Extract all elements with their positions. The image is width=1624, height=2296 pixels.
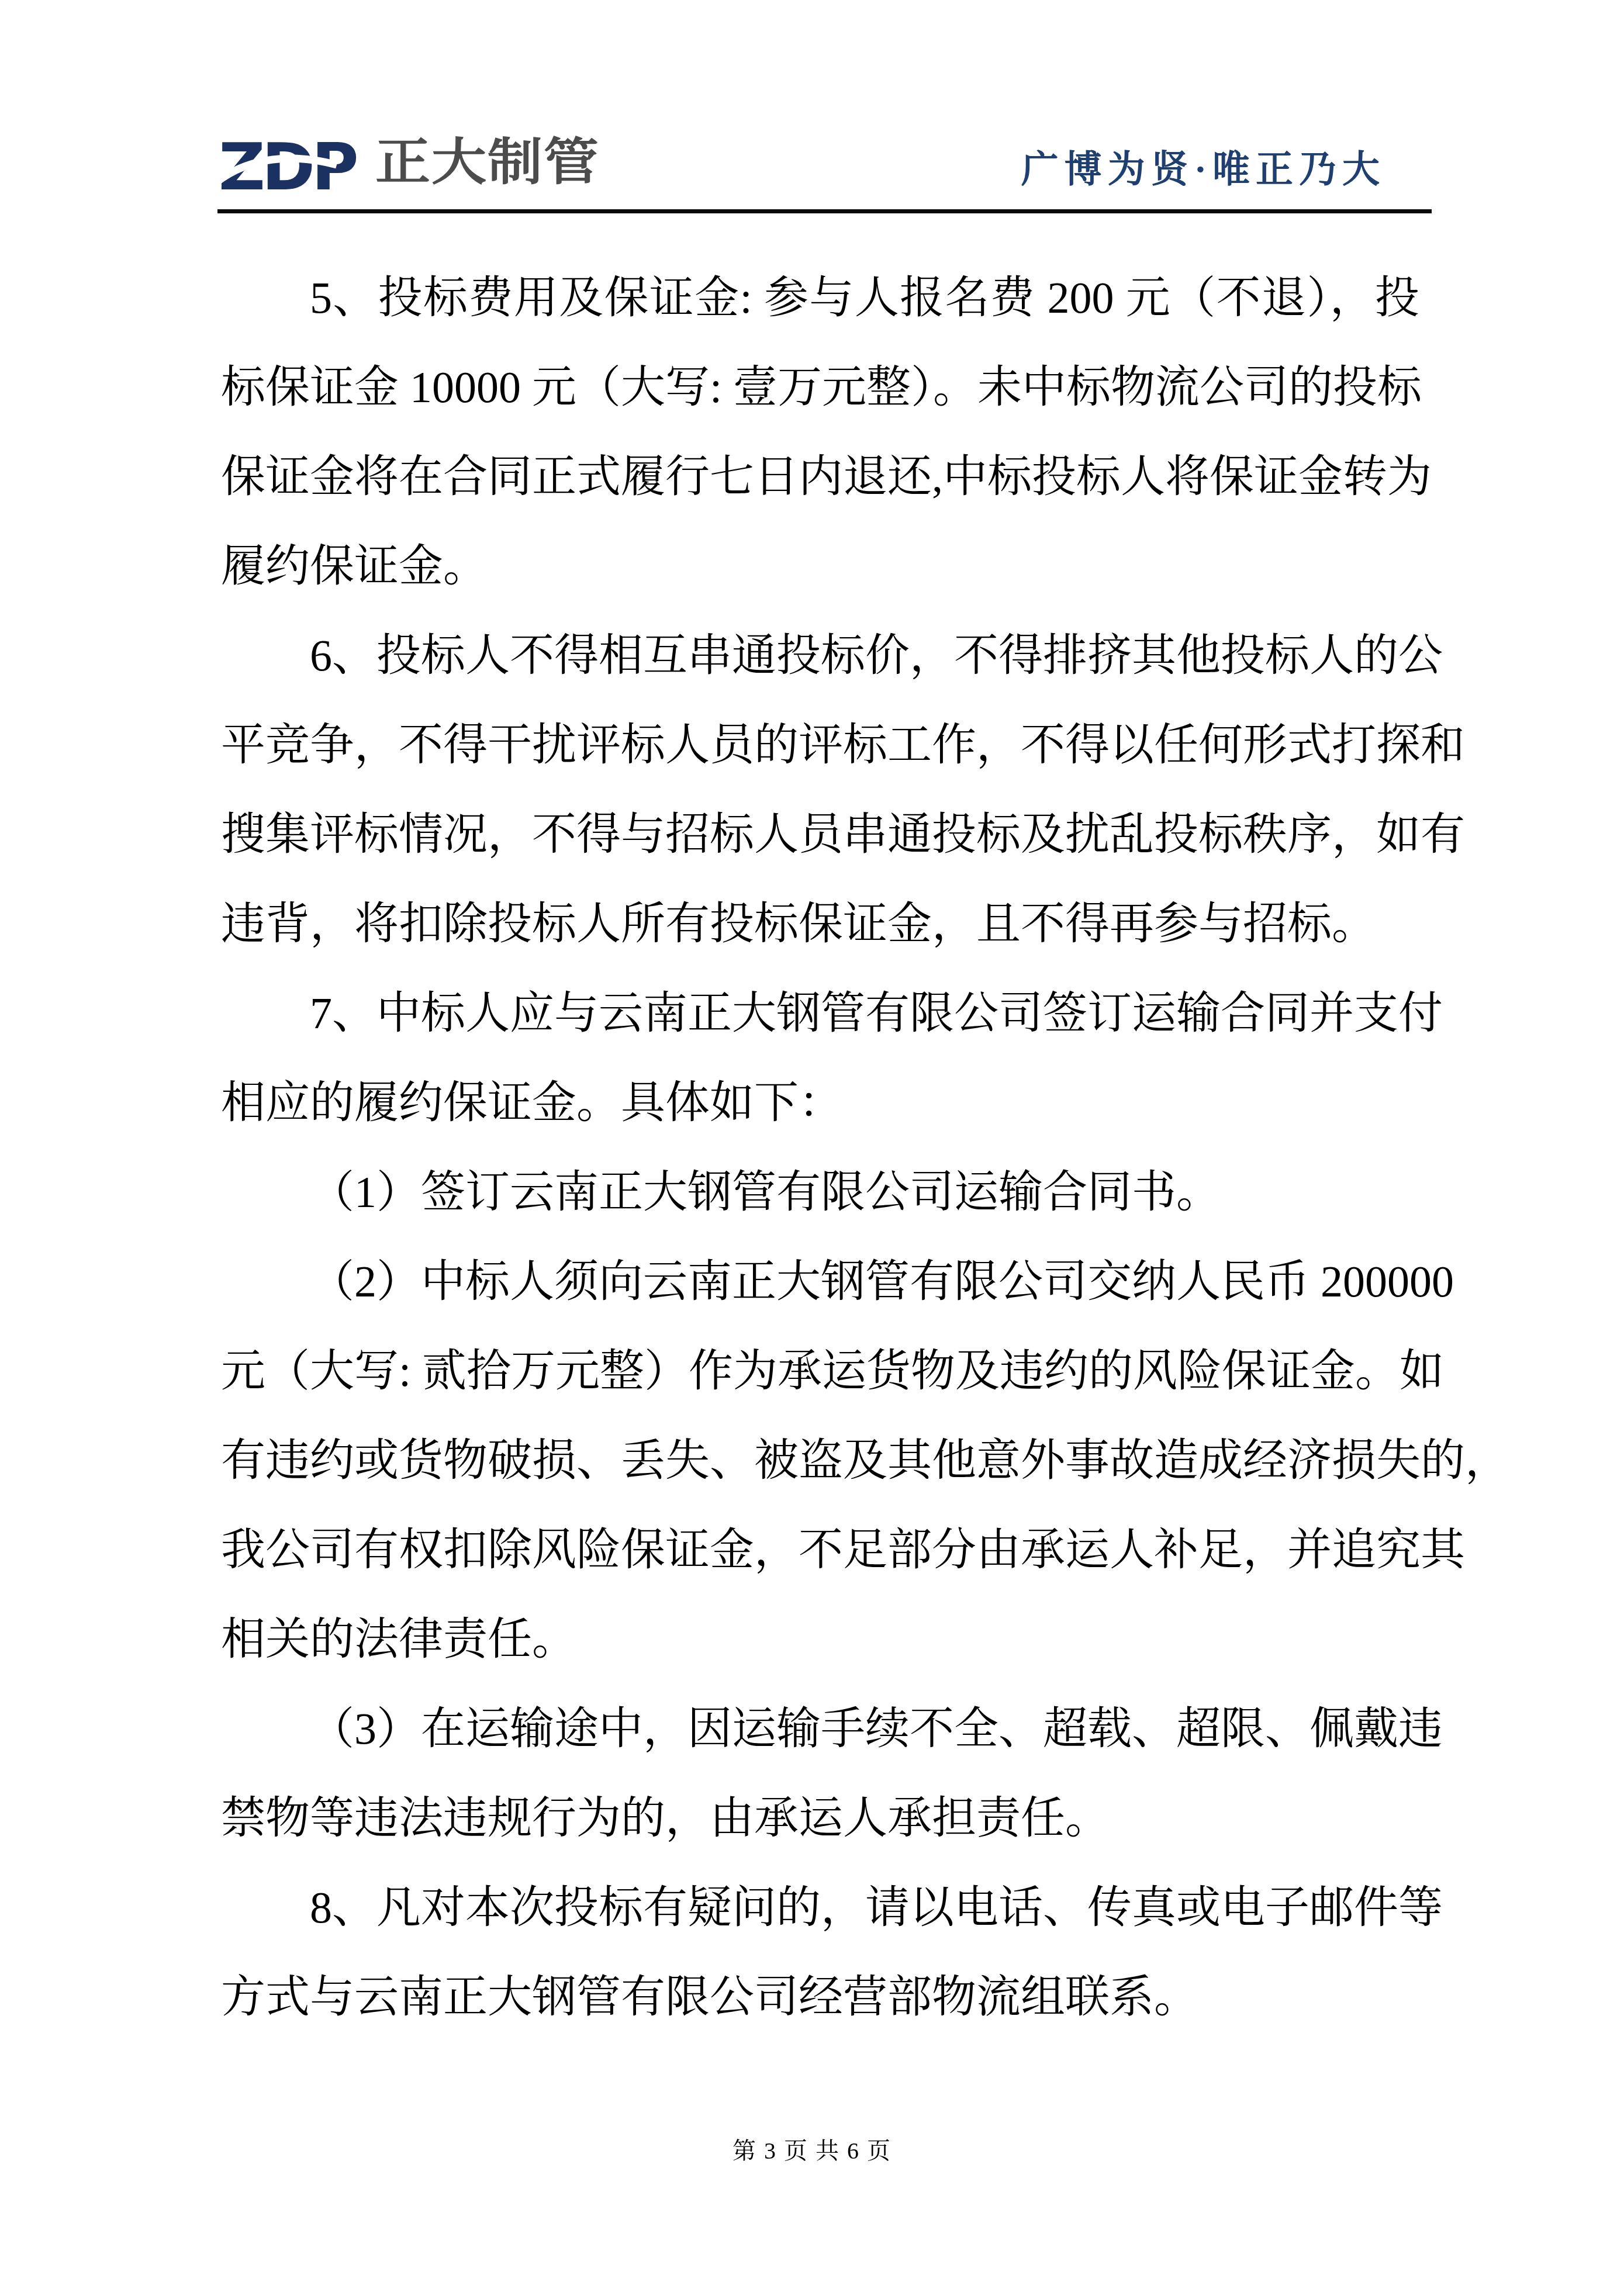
text-line: 方式与云南正大钢管有限公司经营部物流组联系。: [221, 1953, 1419, 2042]
text-line: 保证金将在合同正式履行七日内退还,中标投标人将保证金转为: [221, 433, 1419, 522]
text-line: 我公司有权扣除风险保证金，不足部分由承运人补足，并追究其: [221, 1506, 1419, 1595]
text-line: 禁物等违法违规行为的，由承运人承担责任。: [221, 1774, 1419, 1863]
document-page: ZDP 正大制管 广博为贤·唯正乃大 5、投标费用及保证金: 参与人报名费 20…: [0, 0, 1624, 2296]
text-line: （1）签订云南正大钢管有限公司运输合同书。: [221, 1148, 1419, 1237]
text-line: （3）在运输途中，因运输手续不全、超载、超限、佩戴违: [221, 1685, 1419, 1774]
zdp-logo-icon: ZDP: [219, 130, 360, 195]
header-divider: [217, 209, 1432, 213]
text-line: 6、投标人不得相互串通投标价，不得排挤其他投标人的公: [221, 611, 1419, 701]
text-line: 8、凡对本次投标有疑问的，请以电话、传真或电子邮件等: [221, 1863, 1419, 1953]
header-slogan: 广博为贤·唯正乃大: [1021, 147, 1385, 192]
text-line: 5、投标费用及保证金: 参与人报名费 200 元（不退），投: [221, 254, 1419, 343]
text-line: 履约保证金。: [221, 522, 1419, 611]
text-line: 相应的履约保证金。具体如下：: [221, 1059, 1419, 1148]
text-line: 有违约或货物破损、丢失、被盗及其他意外事故造成经济损失的，: [221, 1416, 1419, 1506]
document-body: 5、投标费用及保证金: 参与人报名费 200 元（不退），投标保证金 10000…: [221, 254, 1419, 2042]
text-line: 搜集评标情况，不得与招标人员串通投标及扰乱投标秩序，如有: [221, 790, 1419, 880]
text-line: 7、中标人应与云南正大钢管有限公司签订运输合同并支付: [221, 969, 1419, 1059]
page-number: 第 3 页 共 6 页: [732, 2138, 892, 2164]
text-line: （2）中标人须向云南正大钢管有限公司交纳人民币 200000: [221, 1237, 1419, 1327]
text-line: 违背，将扣除投标人所有投标保证金，且不得再参与招标。: [221, 880, 1419, 969]
text-line: 元（大写: 贰拾万元整）作为承运货物及违约的风险保证金。如: [221, 1327, 1419, 1416]
text-line: 标保证金 10000 元（大写: 壹万元整）。未中标物流公司的投标: [221, 343, 1419, 433]
text-line: 平竞争，不得干扰评标人员的评标工作，不得以任何形式打探和: [221, 701, 1419, 790]
logo-company-name: 正大制管: [375, 137, 600, 188]
text-line: 相关的法律责任。: [221, 1595, 1419, 1685]
page-footer: 第 3 页 共 6 页: [0, 2132, 1624, 2166]
company-logo: ZDP 正大制管: [219, 127, 600, 198]
